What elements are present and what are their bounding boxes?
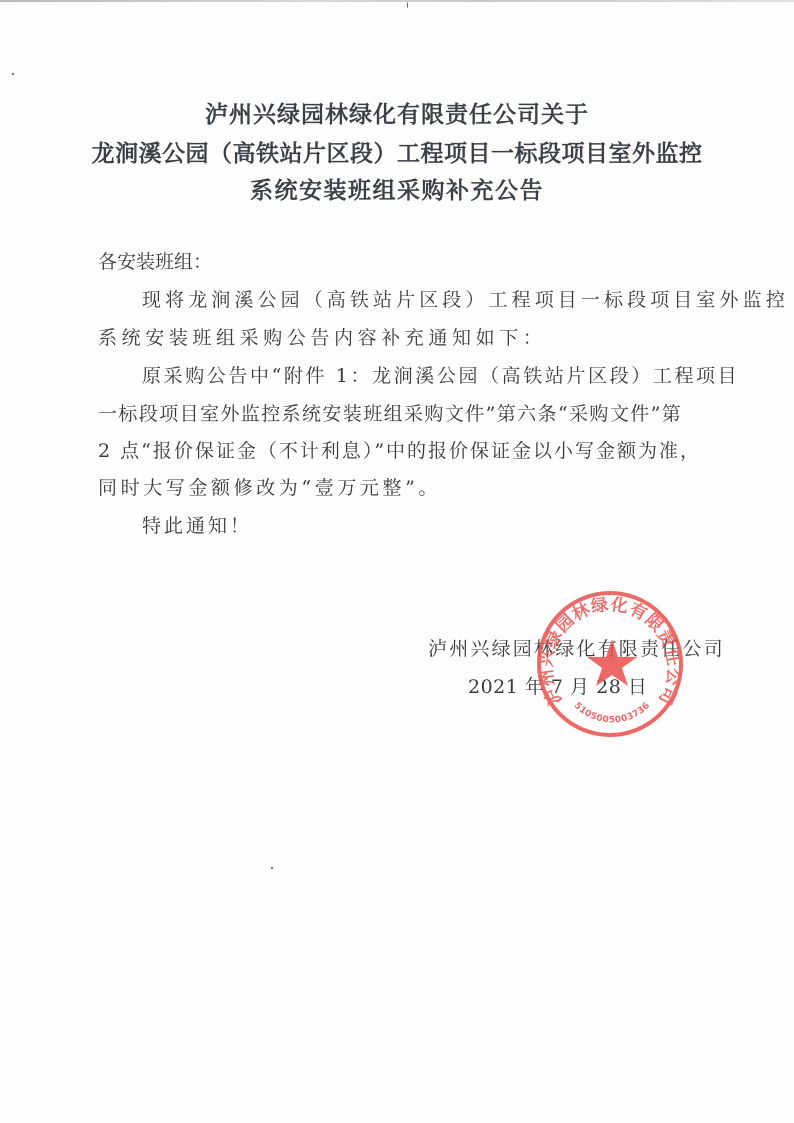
signature-date: 2021 年 7 月 28 日: [468, 675, 647, 699]
scan-speck: [271, 867, 273, 869]
scan-top-edge: [0, 0, 794, 2]
seal-ring: [539, 593, 681, 735]
paragraph-line: 系统安装班组采购公告内容补充通知如下：: [98, 326, 546, 350]
paragraph-line: 原采购公告中“附件 1：龙涧溪公园（高铁站片区段）工程项目: [142, 364, 739, 388]
company-seal-stamp: 泸州兴绿园林绿化有限责任公司 5105005003736: [535, 589, 685, 739]
title-line-1: 泸州兴绿园林绿化有限责任公司关于: [0, 101, 794, 129]
scan-speck: [12, 73, 14, 75]
paragraph-line: 一标段项目室外监控系统安装班组采购文件”第六条“采购文件”第: [98, 402, 682, 426]
seal-number: 5105005003736: [572, 701, 652, 726]
paragraph-line: 现将龙涧溪公园（高铁站片区段）工程项目一标段项目室外监控: [142, 288, 789, 312]
scan-speck: [407, 2, 408, 8]
signature-company: 泸州兴绿园林绿化有限责任公司: [428, 637, 725, 661]
title-line-3: 系统安装班组采购补充公告: [0, 177, 794, 205]
closing-remark: 特此通知！: [142, 514, 252, 538]
paragraph-line: 2 点“报价保证金（不计利息）”中的报价保证金以小写金额为准，: [98, 439, 701, 463]
title-line-2: 龙涧溪公园（高铁站片区段）工程项目一标段项目室外监控: [0, 140, 794, 168]
paragraph-line: 同时大写金额修改为“壹万元整”。: [98, 476, 441, 500]
salutation: 各安装班组：: [98, 250, 212, 274]
